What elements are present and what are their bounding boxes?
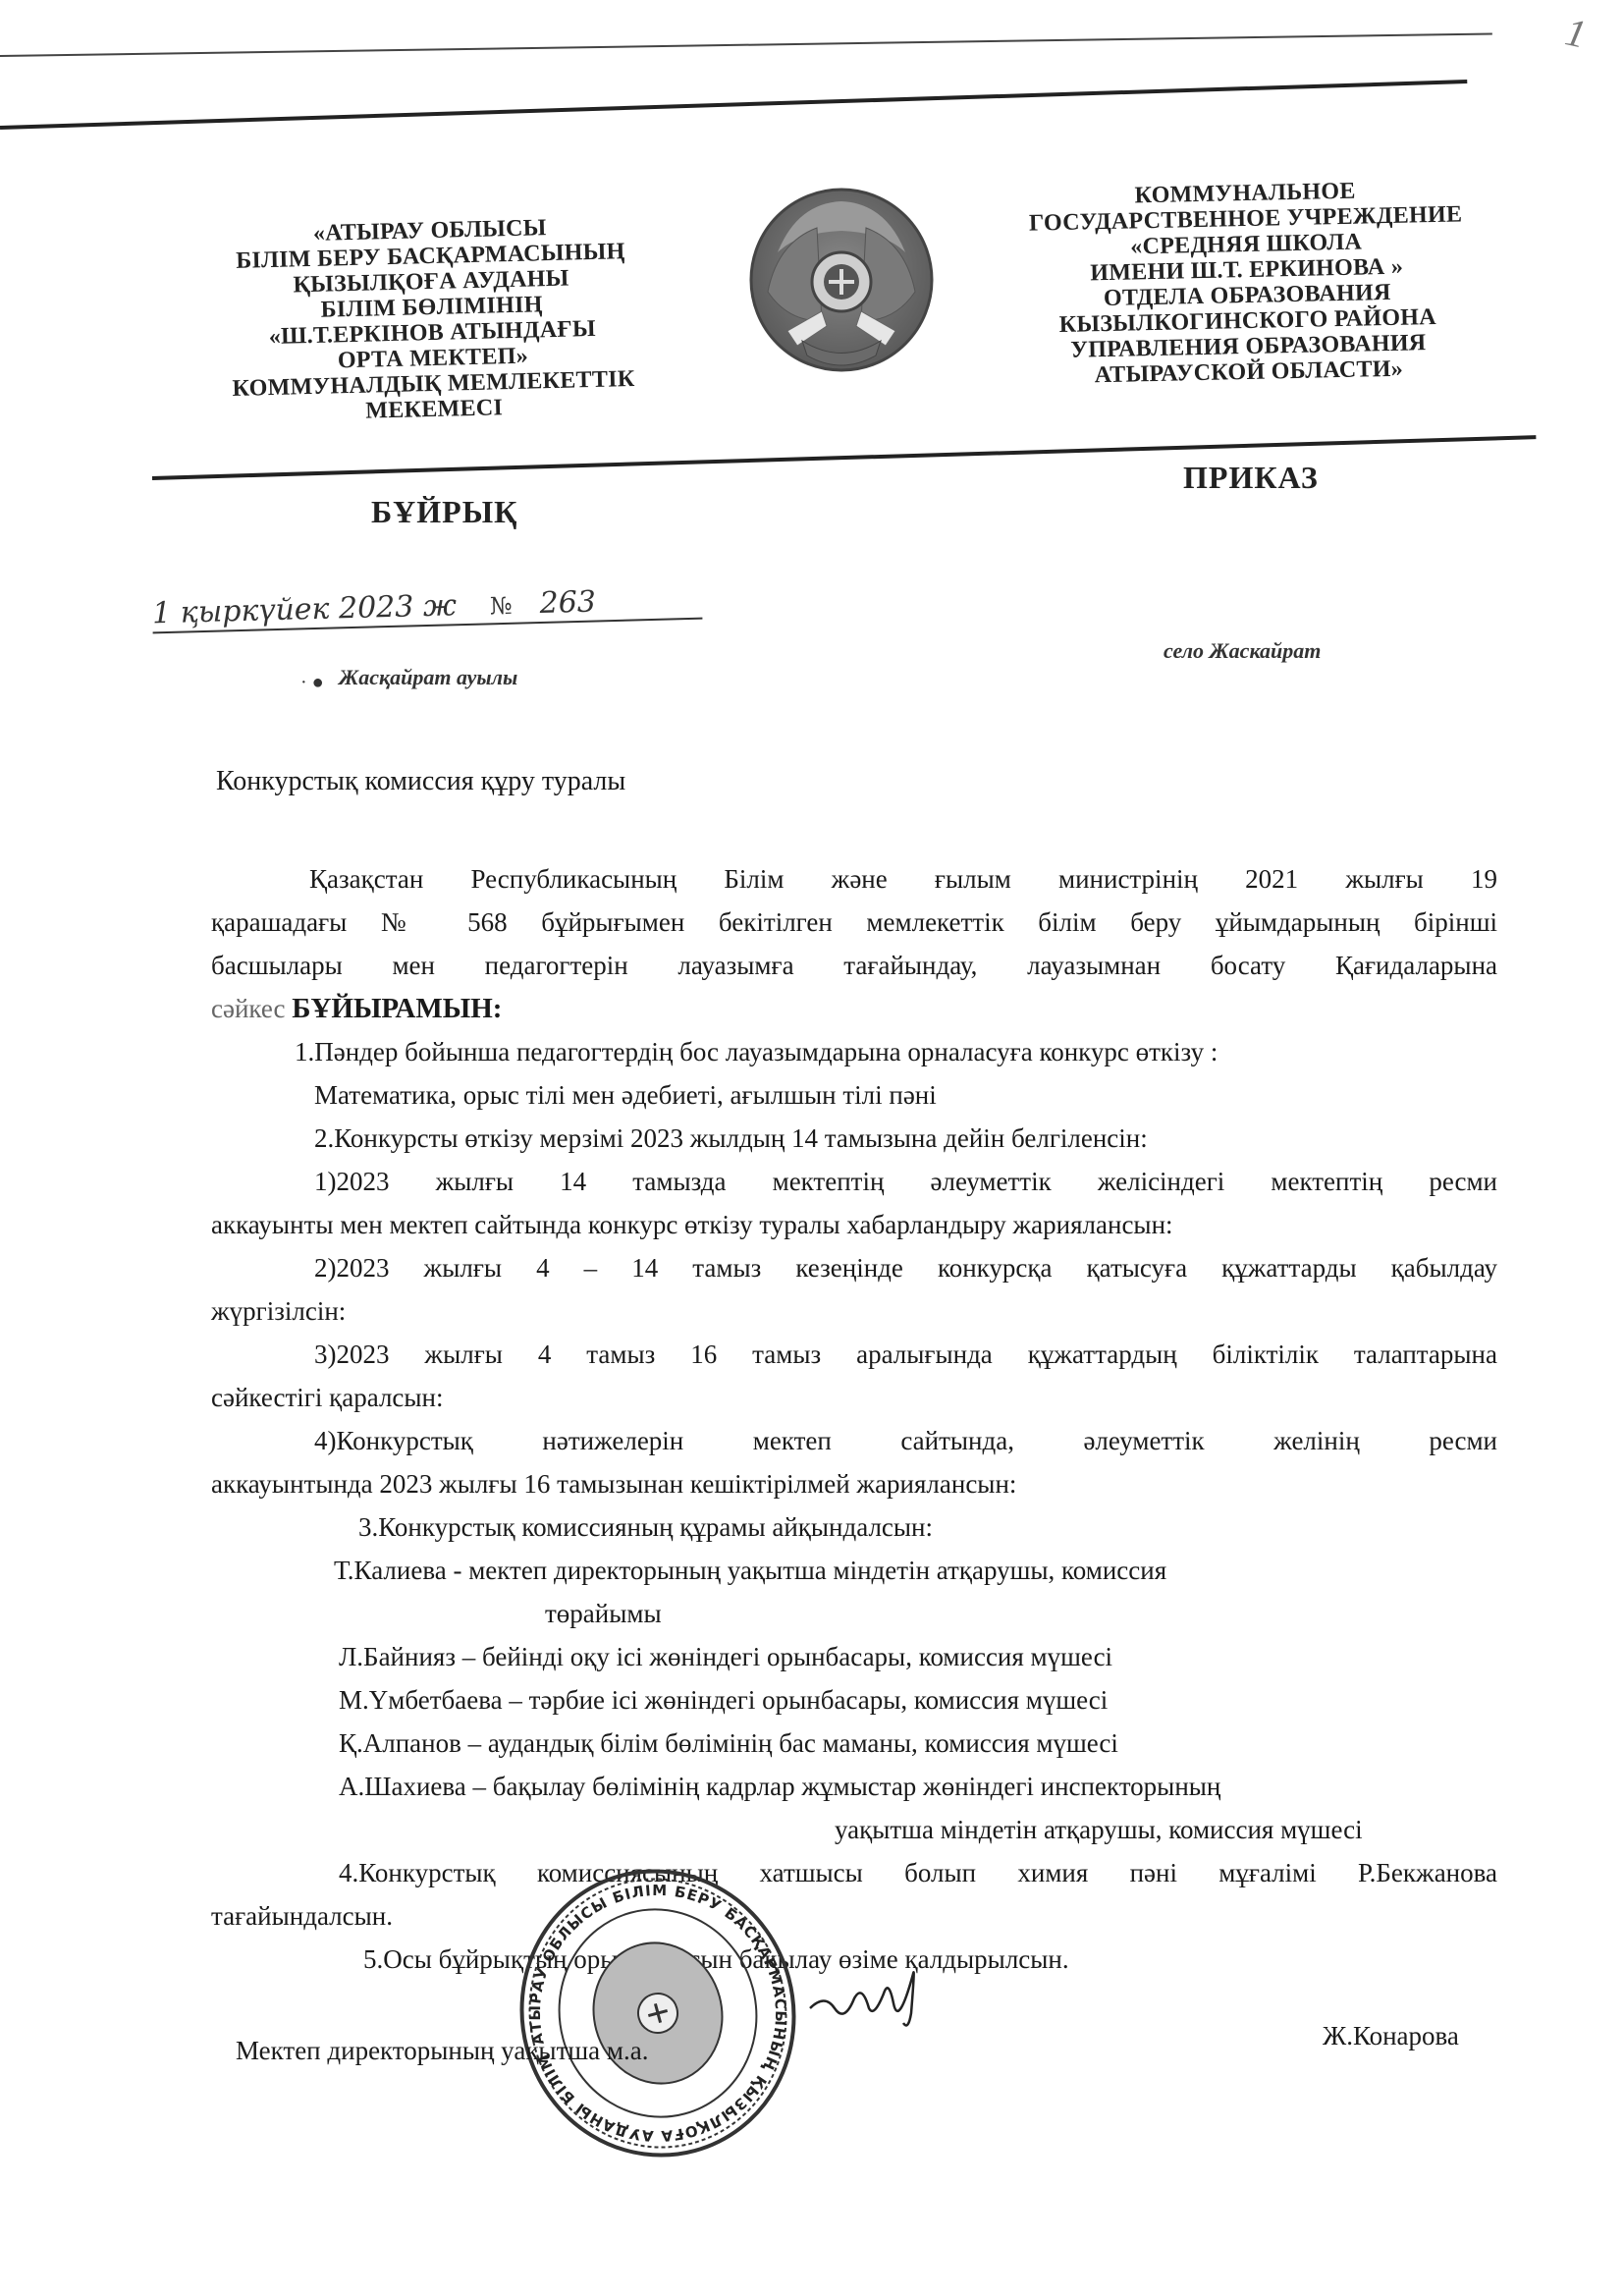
number-label: № <box>490 592 513 621</box>
preamble-line: басшылары мен педагогтерін лауазымға тағ… <box>211 944 1497 987</box>
location-kz: Жасқайрат ауылы <box>339 665 517 690</box>
item-2: 2.Конкурсты өткізу мерзімі 2023 жылдың 1… <box>211 1117 1497 1160</box>
commission-member: Т.Калиева - мектеп директорының уақытша … <box>211 1549 1497 1592</box>
header-divider <box>152 435 1536 480</box>
signatory-position: Мектеп директорының уақытша м.а. <box>236 2036 648 2066</box>
location-ru: село Жаскайрат <box>1164 638 1321 664</box>
commission-member: М.Үмбетбаева – тәрбие ісі жөніндегі орын… <box>211 1678 1497 1722</box>
item-4-cont: тағайындалсын. <box>211 1894 1497 1938</box>
order-subject: Конкурстық комиссия құру туралы <box>216 766 625 797</box>
official-stamp-icon: АТЫРАУ ОБЛЫСЫ БІЛІМ БЕРУ БАСҚАРМАСЫНЫҢ Қ… <box>511 1866 805 2160</box>
item-4: 4.Конкурстық комиссиясының хатшысы болып… <box>211 1851 1497 1894</box>
commission-member-cont: төрайымы <box>211 1592 1497 1635</box>
signature-icon <box>805 1954 952 2033</box>
preamble: Қазақстан Республикасының Білім және ғыл… <box>211 857 1497 1030</box>
sub-item-4-cont: аккауынтында 2023 жылғы 16 тамызынан кеш… <box>211 1462 1497 1505</box>
decree-items: 1.Пәндер бойынша педагогтердің бос лауаз… <box>211 1030 1497 1981</box>
sub-item-1: 1)2023 жылғы 14 тамызда мектептің әлеуме… <box>211 1160 1497 1203</box>
preamble-line: Қазақстан Республикасының Білім және ғыл… <box>211 857 1497 901</box>
item-3: 3.Конкурстық комиссияның құрамы айқындал… <box>211 1505 1497 1549</box>
top-rule-thick <box>0 80 1467 130</box>
sub-item-3: 3)2023 жылғы 4 тамыз 16 тамыз аралығында… <box>211 1333 1497 1376</box>
decree-word: БҰЙЫРАМЫН: <box>292 993 502 1024</box>
state-emblem-icon <box>738 184 945 380</box>
title-kz: БҰЙРЫҚ <box>371 494 517 530</box>
sub-item-1-cont: аккауынты мен мектеп сайтында конкурс өт… <box>211 1203 1497 1246</box>
commission-member: Л.Байнияз – бейінді оқу ісі жөніндегі ор… <box>211 1635 1497 1678</box>
commission-member-cont: уақытша міндетін атқарушы, комиссия мүше… <box>211 1808 1497 1851</box>
page-number: 1 <box>1561 8 1590 57</box>
commission-member: Қ.Алпанов – аудандық білім бөлімінің бас… <box>211 1722 1497 1765</box>
sub-item-2-cont: жүргізілсін: <box>211 1289 1497 1333</box>
item-1-subjects: Математика, орыс тілі мен әдебиеті, ағыл… <box>211 1073 1497 1117</box>
signatory-name: Ж.Конарова <box>1323 2021 1459 2051</box>
title-ru: ПРИКАЗ <box>1183 460 1319 496</box>
commission-member: А.Шахиева – бақылау бөлімінің кадрлар жұ… <box>211 1765 1497 1808</box>
header-ru: КОММУНАЛЬНОЕ ГОСУДАРСТВЕННОЕ УЧРЕЖДЕНИЕ … <box>1019 176 1475 390</box>
preamble-last-line: сәйкес БҰЙЫРАМЫН: <box>211 987 1497 1030</box>
header-kz: «АТЫРАУ ОБЛЫСЫ БІЛІМ БЕРУ БАСҚАРМАСЫНЫҢ … <box>224 213 641 427</box>
bullet-dot: · ● <box>300 672 324 694</box>
sub-item-3-cont: сәйкестігі қаралсын: <box>211 1376 1497 1419</box>
order-date-number: 1 қыркүйек 2023 ж № 263 <box>152 582 703 631</box>
preamble-end: сәйкес <box>211 994 286 1023</box>
order-number: 263 <box>539 585 596 621</box>
sub-item-4: 4)Конкурстық нәтижелерін мектеп сайтында… <box>211 1419 1497 1462</box>
top-rule-thin <box>0 32 1492 57</box>
item-1: 1.Пәндер бойынша педагогтердің бос лауаз… <box>211 1030 1497 1073</box>
preamble-line: қарашадағы № 568 бұйрығымен бекітілген м… <box>211 901 1497 944</box>
sub-item-2: 2)2023 жылғы 4 – 14 тамыз кезеңінде конк… <box>211 1246 1497 1289</box>
